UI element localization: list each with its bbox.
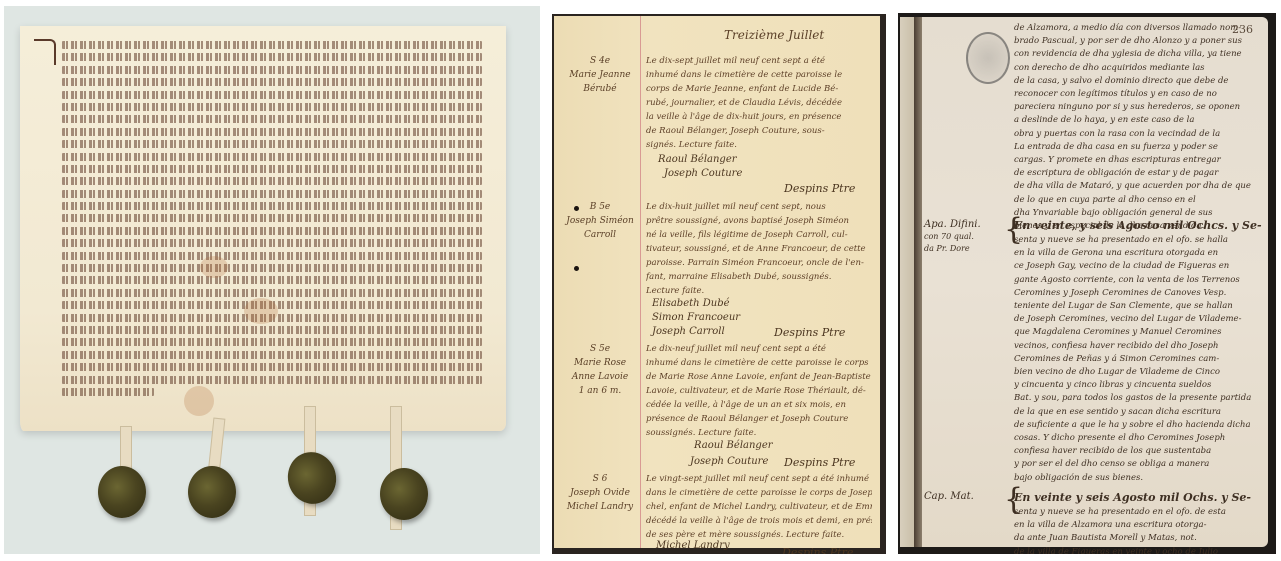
charter-text-line [62, 140, 482, 148]
water-stain [200, 256, 228, 278]
entry-line: en la villa de Gerona una escritura otor… [1014, 246, 1274, 260]
charter-text-line [62, 177, 482, 185]
entry-line: gante Agosto corriente, con la venta de … [1014, 273, 1274, 287]
signature: Joseph Carroll [652, 326, 725, 337]
charter-text-line [62, 91, 482, 99]
book-gutter [914, 17, 922, 547]
register-heading: Treizième Juillet [724, 28, 824, 42]
entry-line: de la casa, y salvo el dominio directo q… [1014, 74, 1274, 88]
entry-line: soussignés. Lecture faite. [646, 426, 872, 440]
entry-line: cédée la veille, à l'âge de un an et six… [646, 398, 872, 412]
water-stain [184, 386, 214, 416]
entry-line: inhumé dans le cimetière de cette parois… [646, 68, 872, 82]
charter-text-line [62, 289, 482, 297]
entry-line: senta y nueve se ha presentado en el ofo… [1014, 505, 1274, 519]
tax-stamp-seal [966, 32, 1010, 84]
entry-text: Le dix-huit juillet mil neuf cent sept, … [646, 200, 872, 298]
charter-text-line [62, 128, 482, 136]
entry-number: B 5e [564, 200, 636, 214]
charter-text-line [62, 264, 482, 272]
margin-note-line: con 70 qual. [924, 231, 981, 243]
charter-text-line [62, 165, 482, 173]
entry-line: dans le cimetière de cette paroisse le c… [646, 486, 872, 500]
entry-line: bajo obligación de sus bienes. [1014, 471, 1274, 485]
entry-line: Le dix-sept juillet mil neuf cent sept a… [646, 54, 872, 68]
entry-line: a deslinde de lo haya, y en este caso de… [1014, 113, 1274, 127]
entry-line: senta y nueve se ha presentado en el ofo… [1014, 233, 1274, 247]
charter-text-line [62, 103, 482, 111]
notarial-protocol-image: 236 de Alzamora, a medio día con diverso… [898, 13, 1276, 554]
entry-line: fant, marraine Elisabeth Dubé, soussigné… [646, 270, 872, 284]
entry-first-line: En veinte, y seis Agosto mil Ochcs. y Se… [1014, 219, 1274, 233]
entry-line: de Raoul Bélanger, Joseph Couture, sous- [646, 124, 872, 138]
margin-note-line: da Pr. Dore [924, 243, 981, 255]
wax-seal-3 [282, 447, 342, 510]
entry-line: de Joseph Ceromines, vecino del Lugar de… [1014, 312, 1274, 326]
margin-note: Apa. Difini. con 70 qual. da Pr. Dore [924, 219, 981, 255]
entry-line: de la que en ese sentido y sacan dicha e… [1014, 405, 1274, 419]
entry-line: obra y puertas con la rasa con la vecind… [1014, 127, 1274, 141]
wax-seal-4 [380, 468, 428, 520]
charter-text-line [62, 326, 482, 334]
entry-line: Lavoie, cultivateur, et de Marie Rose Th… [646, 384, 872, 398]
entry-line: con revidencia de dha yglesia de dicha v… [1014, 47, 1274, 61]
entry-name: Marie Jeanne [564, 68, 636, 82]
entry-line: Bat. y sou, para todos los gastos de la … [1014, 391, 1274, 405]
entry-margin: S 5e Marie Rose Anne Lavoie 1 an 6 m. [564, 342, 636, 398]
charter-text-line [62, 115, 482, 123]
entry-name: Marie Rose [564, 356, 636, 370]
entry-line: Ceromines y Joseph Ceromines de Canoves … [1014, 286, 1274, 300]
entry-line: tivateur, soussigné, et de Anne Francoeu… [646, 242, 872, 256]
entry-line: con derecho de dho acquiridos mediante l… [1014, 61, 1274, 75]
charter-text-line [62, 214, 482, 222]
entry-line: de la villa de Figueras en veinte y ocho… [1014, 545, 1274, 554]
signature: Elisabeth Dubé [652, 298, 730, 309]
entry-text: Le vingt-sept juillet mil neuf cent sept… [646, 472, 872, 542]
entry-line: ce Joseph Gay, vecino de la ciudad de Fi… [1014, 259, 1274, 273]
charter-text-line [62, 376, 482, 384]
entry-line: cosas. Y dicho presente el dho Ceromines… [1014, 431, 1274, 445]
entry-line: rubé, journalier, et de Claudia Lévis, d… [646, 96, 872, 110]
water-stain [244, 298, 278, 324]
entry-line: prêtre soussigné, avons baptisé Joseph S… [646, 214, 872, 228]
entry-line: teniente del Lugar de San Clemente, que … [1014, 299, 1274, 313]
entry-line: cargas. Y promete en dhas escripturas en… [1014, 153, 1274, 167]
entry-margin: B 5e Joseph Siméon Carroll [564, 200, 636, 242]
entry-margin: S 4e Marie Jeanne Bérubé [564, 54, 636, 96]
register-page: Treizième Juillet S 4e Marie Jeanne Béru… [554, 16, 880, 548]
medieval-charter-image [4, 6, 540, 554]
entry-line: Le dix-neuf juillet mil neuf cent sept a… [646, 342, 872, 356]
entry-line: Ceromines de Peñas y á Simon Ceromines c… [1014, 352, 1274, 366]
entry-name: Joseph Siméon [564, 214, 636, 228]
charter-text-line [62, 276, 482, 284]
entry-age: 1 an 6 m. [564, 384, 636, 398]
entry-line: da ante Juan Bautista Morell y Matas, no… [1014, 531, 1274, 545]
entry-surname: Bérubé [564, 82, 636, 96]
priest-signature: Despins Ptre [774, 326, 845, 339]
entry-surname: Carroll [564, 228, 636, 242]
entry-line: y por ser el del dho censo se obliga a m… [1014, 457, 1274, 471]
entry-line: reconocer con legítimos títulos y en cas… [1014, 87, 1274, 101]
charter-text-block [62, 41, 482, 400]
entry-line: La entrada de dha casa en su fuerza y po… [1014, 140, 1274, 154]
priest-signature: Despins Ptre [784, 182, 855, 195]
entry-text: Le dix-neuf juillet mil neuf cent sept a… [646, 342, 872, 440]
entry-line: de dha villa de Mataró, y que acuerden p… [1014, 179, 1274, 193]
margin-note-line: Apa. Difini. [924, 219, 981, 231]
facing-page-edge [900, 17, 914, 547]
charter-text-line [62, 53, 482, 61]
priest-signature: Despins Ptre [784, 456, 855, 469]
signature: Michel Landry [656, 540, 730, 551]
entry-line: confiesa haver recibido de los que suste… [1014, 444, 1274, 458]
signature: Joseph Couture [690, 456, 768, 467]
entry-line: paroisse. Parrain Siméon Francoeur, oncl… [646, 256, 872, 270]
entry-number: S 4e [564, 54, 636, 68]
entry-line: de Alzamora, a medio día con diversos ll… [1014, 21, 1274, 35]
priest-signature: Despins Ptre [782, 546, 853, 554]
entry-line: dha Ynvariable bajo obligación general d… [1014, 206, 1274, 220]
entry-line: de lo que en cuya parte al dho censo en … [1014, 193, 1274, 207]
entry-number: S 6 [564, 472, 636, 486]
charter-text-line [62, 338, 482, 346]
margin-rule [640, 16, 641, 548]
entry-line: la veille à l'âge de dix-huit jours, en … [646, 110, 872, 124]
binding-hole [574, 266, 579, 271]
parish-register-image: Treizième Juillet S 4e Marie Jeanne Béru… [552, 14, 886, 554]
signature: Raoul Bélanger [658, 154, 737, 165]
entry-line: de escriptura de obligación de estar y d… [1014, 166, 1274, 180]
charter-text-line [62, 388, 154, 396]
entry-line: de Marie Rose Anne Lavoie, enfant de Jea… [646, 370, 872, 384]
charter-text-line [62, 252, 482, 260]
entry-margin: S 6 Joseph Ovide Michel Landry [564, 472, 636, 514]
entry-first-line: En veinte y seis Agosto mil Ochs. y Se- [1014, 491, 1274, 505]
charter-text-line [62, 227, 482, 235]
entry-line: corps de Marie Jeanne, enfant de Lucide … [646, 82, 872, 96]
charter-text-line [62, 351, 482, 359]
entry-surname: Anne Lavoie [564, 370, 636, 384]
entry-line: Lecture faite. [646, 284, 872, 298]
entry-line: y cincuenta y cinco libras y cincuenta s… [1014, 378, 1274, 392]
entry-line: décédé la veille à l'âge de trois mois e… [646, 514, 872, 528]
wax-seal-1 [98, 466, 146, 518]
decorated-initial [34, 39, 56, 65]
protocol-page: 236 de Alzamora, a medio día con diverso… [922, 17, 1268, 547]
entry-line: Le dix-huit juillet mil neuf cent sept, … [646, 200, 872, 214]
entry-name: Joseph Ovide [564, 486, 636, 500]
charter-text-line [62, 363, 482, 371]
charter-text-line [62, 239, 482, 247]
margin-note-line: Cap. Mat. [924, 491, 974, 503]
entry-line: signés. Lecture faite. [646, 138, 872, 152]
entry-line: que Magdalena Ceromines y Manuel Ceromin… [1014, 325, 1274, 339]
entry-line: de suficiente a que le ha y sobre el dho… [1014, 418, 1274, 432]
wax-seal-2 [188, 466, 236, 518]
entry-line: bien vecino de dho Lugar de Vilademe de … [1014, 365, 1274, 379]
charter-text-line [62, 66, 482, 74]
margin-note: Cap. Mat. [924, 491, 974, 503]
entry-line: Le vingt-sept juillet mil neuf cent sept… [646, 472, 872, 486]
entry-line: vecinos, confiesa haver recibido del dho… [1014, 339, 1274, 353]
entry-line: pareciera ninguno por si y sus herederos… [1014, 100, 1274, 114]
entry-line: brado Pascual, y por ser de dho Alonzo y… [1014, 34, 1274, 48]
signature: Joseph Couture [664, 168, 742, 179]
charter-text-line [62, 78, 482, 86]
charter-text-line [62, 202, 482, 210]
entry-line: en la villa de Alzamora una escritura ot… [1014, 518, 1274, 532]
signature: Raoul Bélanger [694, 440, 773, 451]
charter-text-line [62, 153, 482, 161]
entry-line: chel, enfant de Michel Landry, cultivate… [646, 500, 872, 514]
entry-text: Le dix-sept juillet mil neuf cent sept a… [646, 54, 872, 152]
entry-line: inhumé dans le cimetière de cette parois… [646, 356, 872, 370]
entry-number: S 5e [564, 342, 636, 356]
entry-surname: Michel Landry [564, 500, 636, 514]
charter-text-line [62, 190, 482, 198]
entry-line: né la veille, fils légitime de Joseph Ca… [646, 228, 872, 242]
entry-line: présence de Raoul Bélanger et Joseph Cou… [646, 412, 872, 426]
charter-text-line [62, 41, 482, 49]
signature: Simon Francoeur [652, 312, 740, 323]
